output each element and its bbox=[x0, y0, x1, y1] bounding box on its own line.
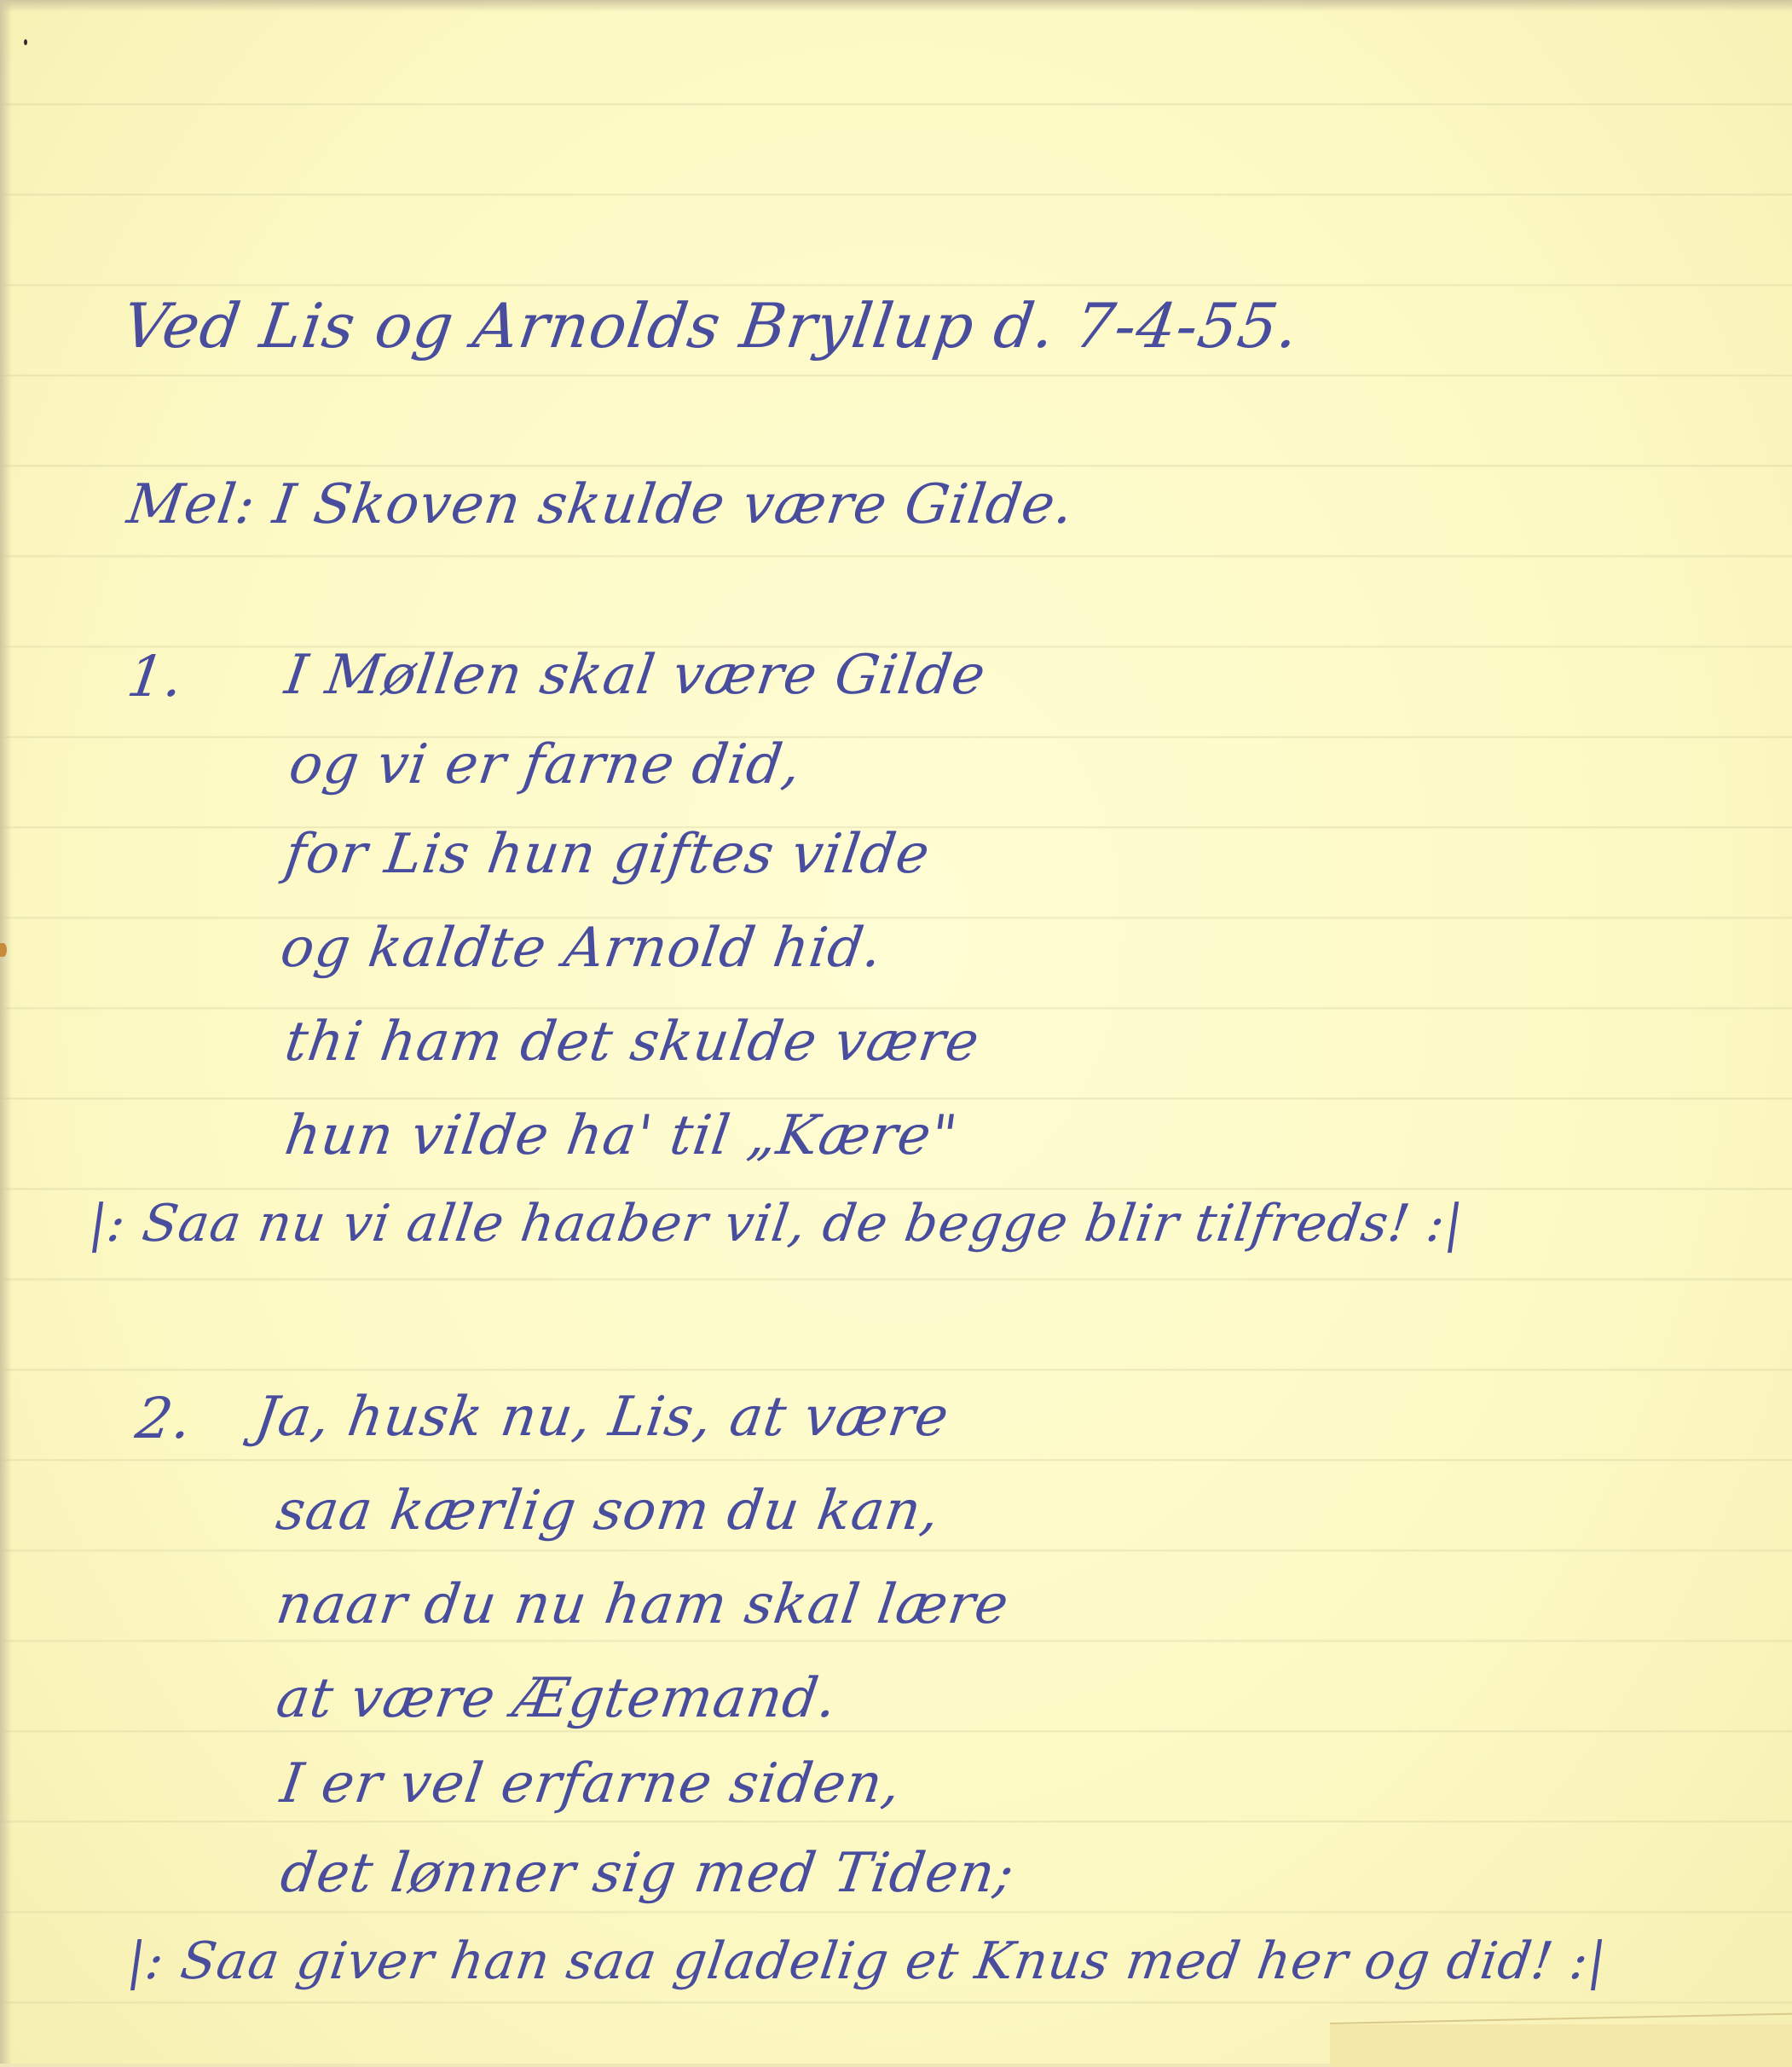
verse-line: I er vel erfarne siden, bbox=[277, 1752, 905, 1815]
rust-stain bbox=[0, 943, 7, 957]
verse-line: at være Ægtemand. bbox=[273, 1667, 841, 1730]
paper-edge-top bbox=[0, 0, 1792, 12]
song-title: Ved Lis og Arnolds Bryllup d. 7-4-55. bbox=[119, 290, 1304, 362]
paper-edge-left bbox=[0, 0, 12, 2064]
fold-line bbox=[1330, 2012, 1792, 2024]
verse-line: det lønner sig med Tiden; bbox=[277, 1842, 1019, 1905]
verse-line: I Møllen skal være Gilde bbox=[281, 644, 990, 707]
verse-refrain: |: Saa giver han saa gladelig et Knus me… bbox=[124, 1931, 1610, 1991]
melody-note: Mel: I Skoven skulde være Gilde. bbox=[124, 473, 1078, 536]
verse-line: naar du nu ham skal lære bbox=[273, 1573, 1013, 1636]
verse-line: hun vilde ha' til „Kære" bbox=[281, 1104, 962, 1167]
folded-corner bbox=[1330, 2024, 1792, 2064]
verse-line: for Lis hun giftes vilde bbox=[281, 823, 934, 886]
verse-line: og vi er farne did, bbox=[286, 733, 806, 796]
verse-number: 2. bbox=[132, 1386, 197, 1451]
verse-refrain: |: Saa nu vi alle haaber vil, de begge b… bbox=[85, 1194, 1467, 1254]
verse-number: 1. bbox=[124, 644, 188, 709]
verse-line: saa kærlig som du kan, bbox=[273, 1479, 944, 1543]
verse-line: Ja, husk nu, Lis, at være bbox=[251, 1386, 953, 1449]
ink-speck bbox=[24, 39, 27, 45]
verse-line: thi ham det skulde være bbox=[281, 1010, 984, 1074]
paper-sheet: Ved Lis og Arnolds Bryllup d. 7-4-55. Me… bbox=[0, 0, 1792, 2064]
verse-line: og kaldte Arnold hid. bbox=[277, 917, 887, 980]
